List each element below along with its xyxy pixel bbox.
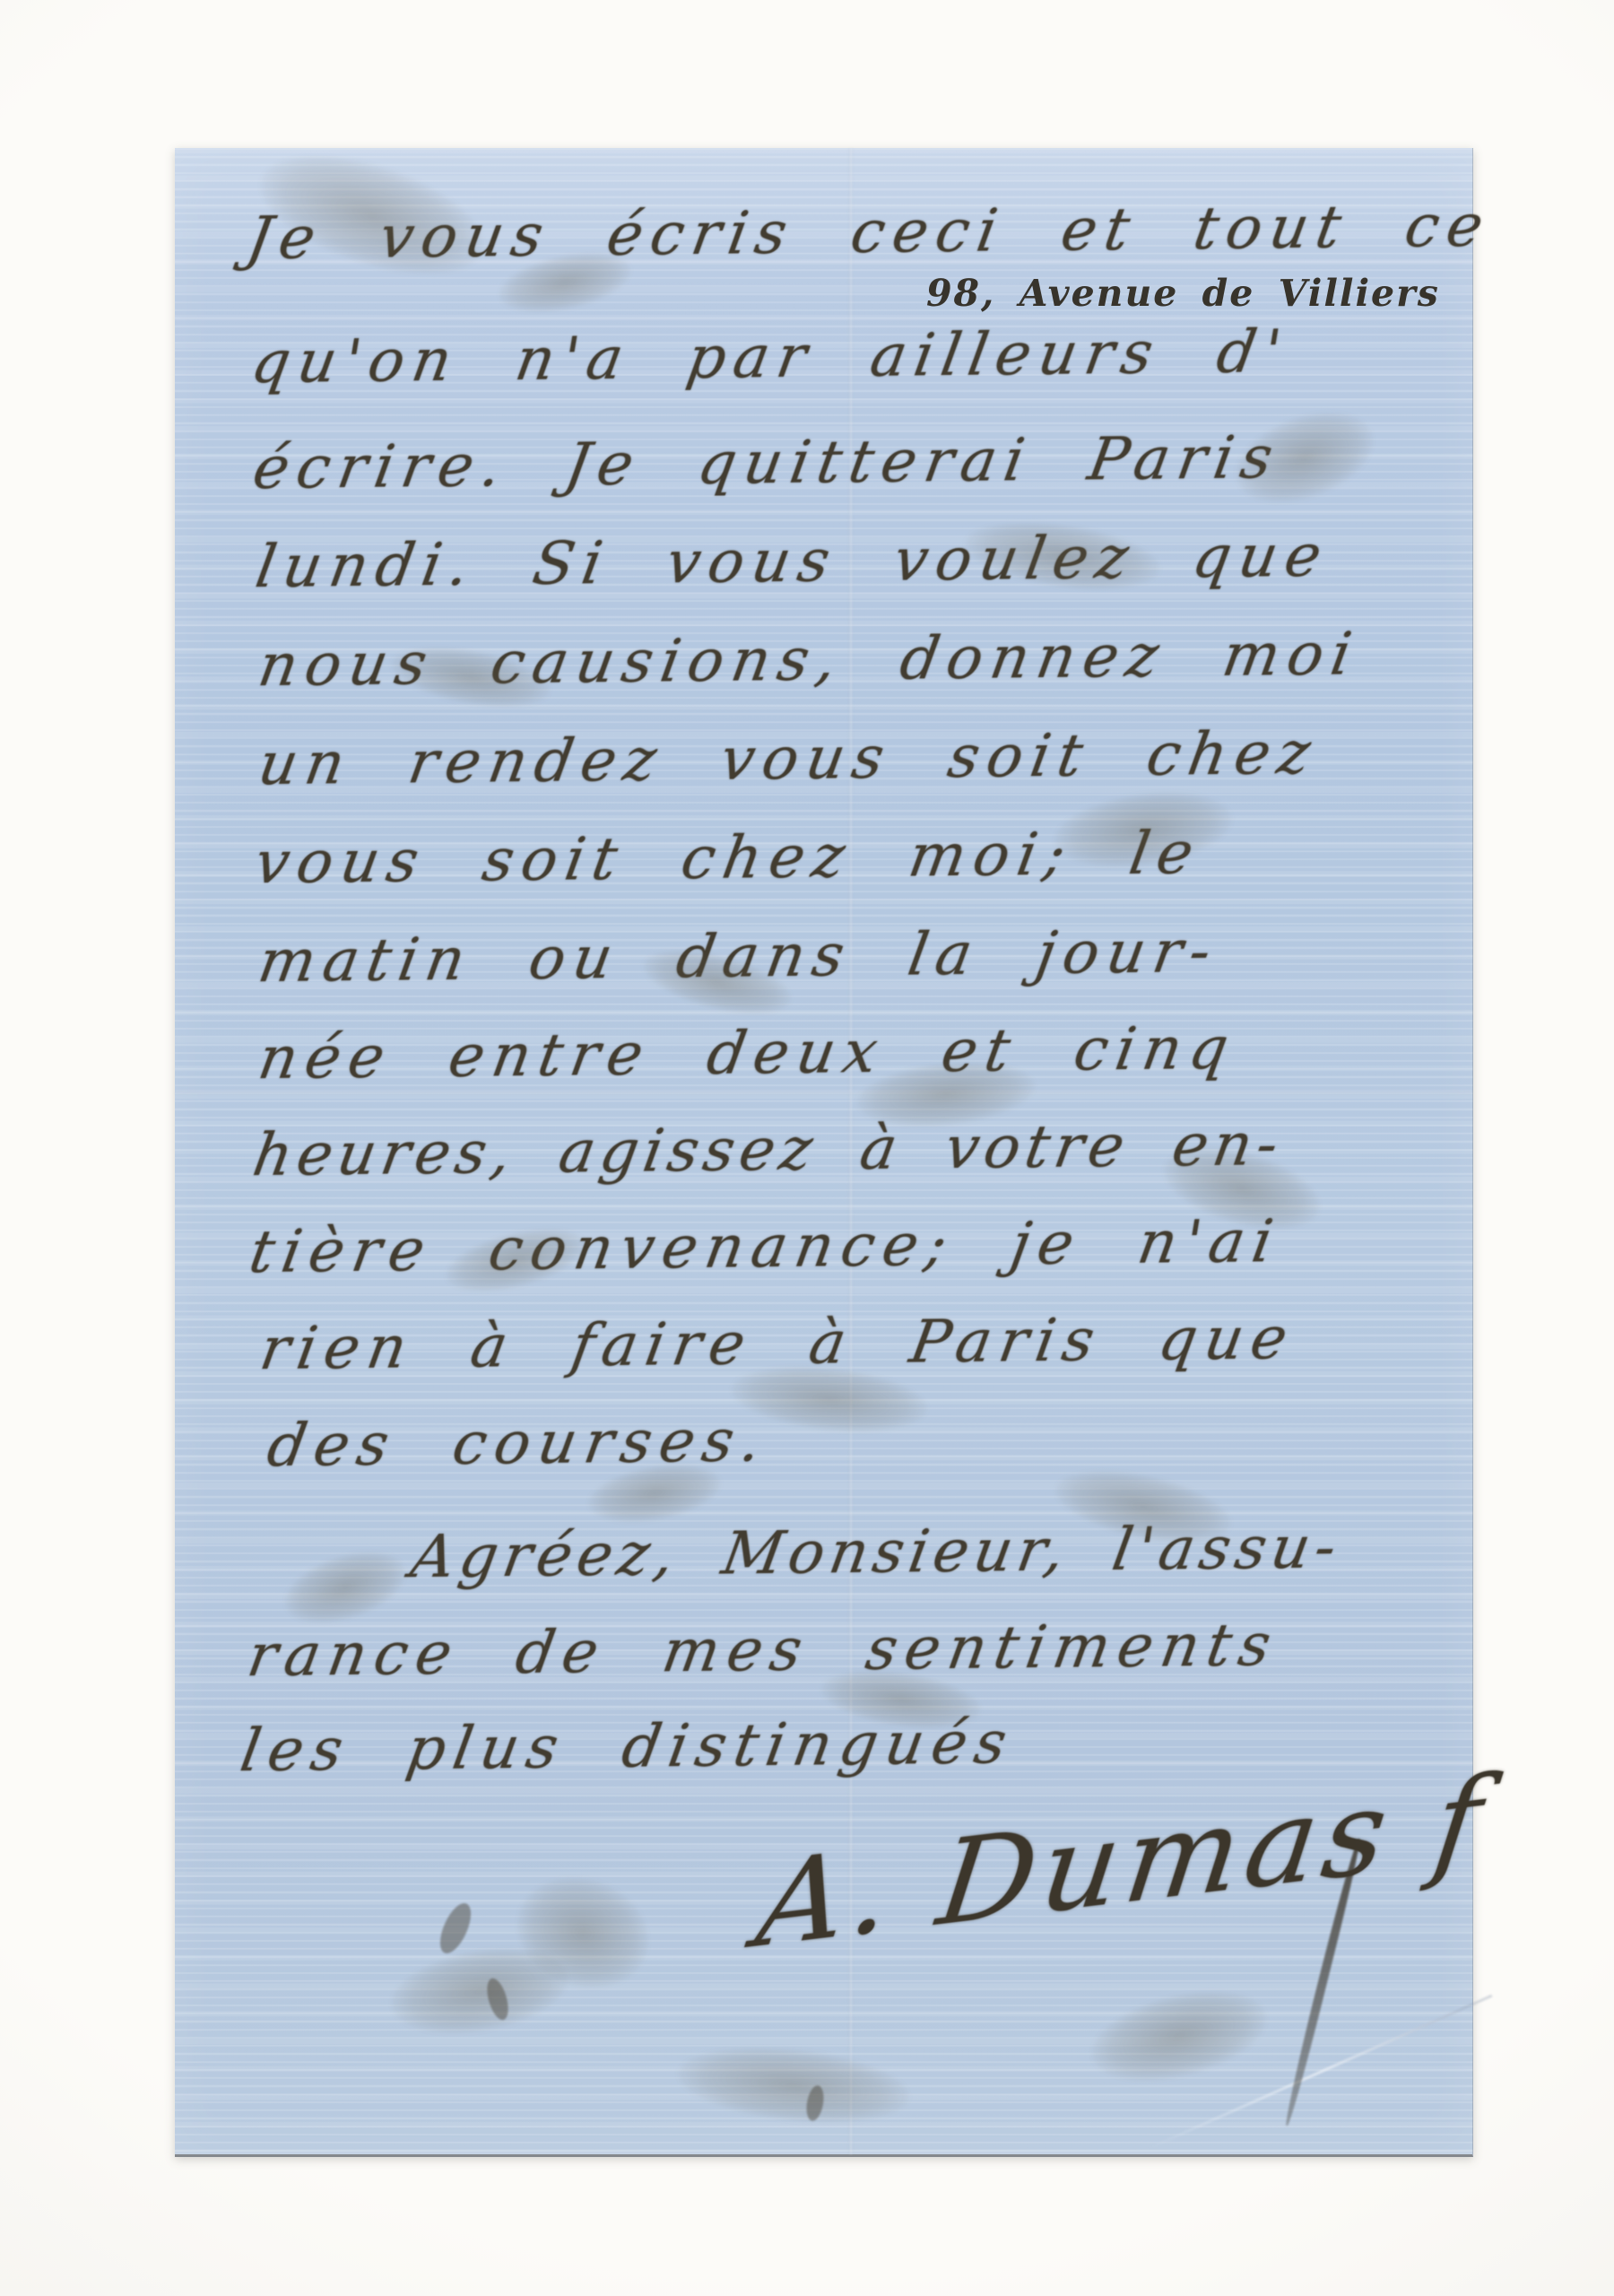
horizontal-fold-crease (175, 1091, 1472, 1094)
handwriting-line: qu'on n'a par ailleurs d' (247, 317, 1294, 396)
letter-paper: 98, Avenue de Villiers Je vous écris cec… (175, 148, 1473, 2157)
ink-bleedthrough (246, 133, 498, 299)
ink-speck (434, 1899, 477, 1957)
handwriting-line: un rendez vous soit chez (254, 718, 1323, 798)
handwriting-line: heures, agissez à votre en- (248, 1109, 1289, 1189)
signature: A. Dumas f (750, 1751, 1494, 1974)
handwriting-line: lundi. Si vous voulez que (251, 521, 1334, 601)
ink-bleedthrough (1223, 395, 1385, 519)
handwriting-line: rance de mes sentiments (243, 1610, 1284, 1690)
scanned-letter-photo: 98, Avenue de Villiers Je vous écris cec… (0, 0, 1614, 2296)
handwriting-line: écrire. Je quitterai Paris (248, 422, 1286, 502)
handwriting-line: née entre deux et cinq (254, 1013, 1241, 1092)
letterhead-address: 98, Avenue de Villiers (926, 272, 1440, 315)
ink-bleedthrough (674, 2038, 914, 2134)
ink-bleedthrough (1082, 1975, 1276, 2097)
handwriting-line: tière convenance; je n'ai (245, 1206, 1286, 1286)
